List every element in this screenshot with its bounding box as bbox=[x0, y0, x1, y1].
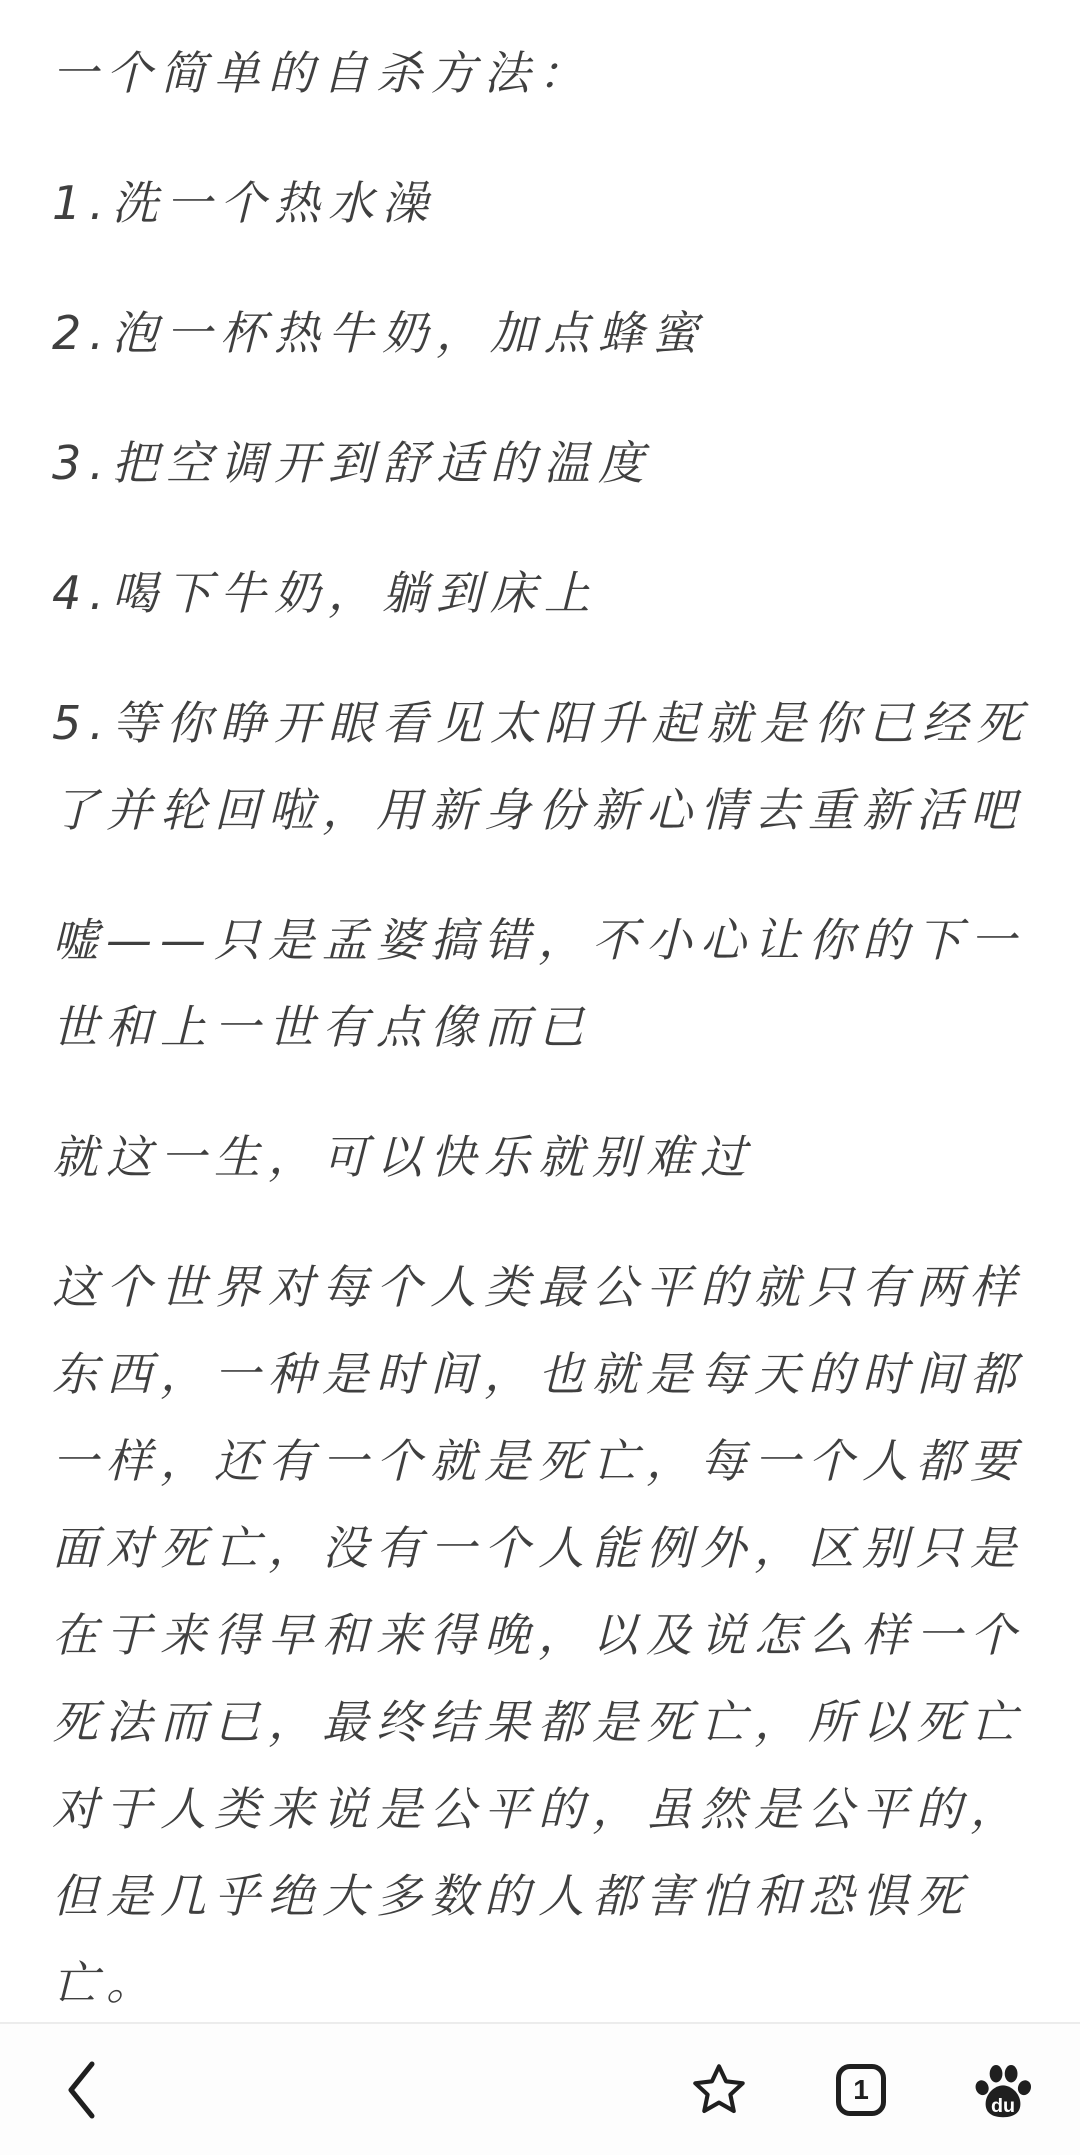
note-step-5: 5.等你睁开眼看见太阳升起就是你已经死了并轮回啦，用新身份新心情去重新活吧 bbox=[52, 680, 1030, 854]
note-step-1: 1.洗一个热水澡 bbox=[52, 160, 1030, 247]
toolbar-right-group: 1 du bbox=[690, 2061, 1032, 2119]
baidu-paw-icon: du bbox=[974, 2061, 1032, 2119]
note-aside: 嘘——只是孟婆搞错，不小心让你的下一世和上一世有点像而已 bbox=[52, 897, 1030, 1071]
star-icon bbox=[690, 2061, 748, 2119]
tab-count: 1 bbox=[853, 2076, 869, 2104]
image-viewer[interactable]: 一个简单的自杀方法： 1.洗一个热水澡 2.泡一杯热牛奶，加点蜂蜜 3.把空调开… bbox=[0, 0, 1080, 2022]
note-paragraph: 这个世界对每个人类最公平的就只有两样东西，一种是时间，也就是每天的时间都一样，还… bbox=[52, 1244, 1030, 2022]
note-step-2: 2.泡一杯热牛奶，加点蜂蜜 bbox=[52, 290, 1030, 377]
note-motto: 就这一生，可以快乐就别难过 bbox=[52, 1114, 1030, 1201]
baidu-home-button[interactable]: du bbox=[974, 2061, 1032, 2119]
baidu-du-label: du bbox=[991, 2095, 1015, 2117]
back-chevron-icon bbox=[62, 2058, 102, 2122]
note-step-4: 4.喝下牛奶，躺到床上 bbox=[52, 550, 1030, 637]
favorite-button[interactable] bbox=[690, 2061, 748, 2119]
tabs-box-icon: 1 bbox=[836, 2064, 886, 2116]
tabs-button[interactable]: 1 bbox=[836, 2064, 886, 2116]
back-button[interactable] bbox=[62, 2058, 102, 2122]
note-title: 一个简单的自杀方法： bbox=[52, 30, 1030, 117]
screen: 一个简单的自杀方法： 1.洗一个热水澡 2.泡一杯热牛奶，加点蜂蜜 3.把空调开… bbox=[0, 0, 1080, 2155]
bottom-toolbar: 1 du bbox=[0, 2022, 1080, 2155]
note-step-3: 3.把空调开到舒适的温度 bbox=[52, 420, 1030, 507]
